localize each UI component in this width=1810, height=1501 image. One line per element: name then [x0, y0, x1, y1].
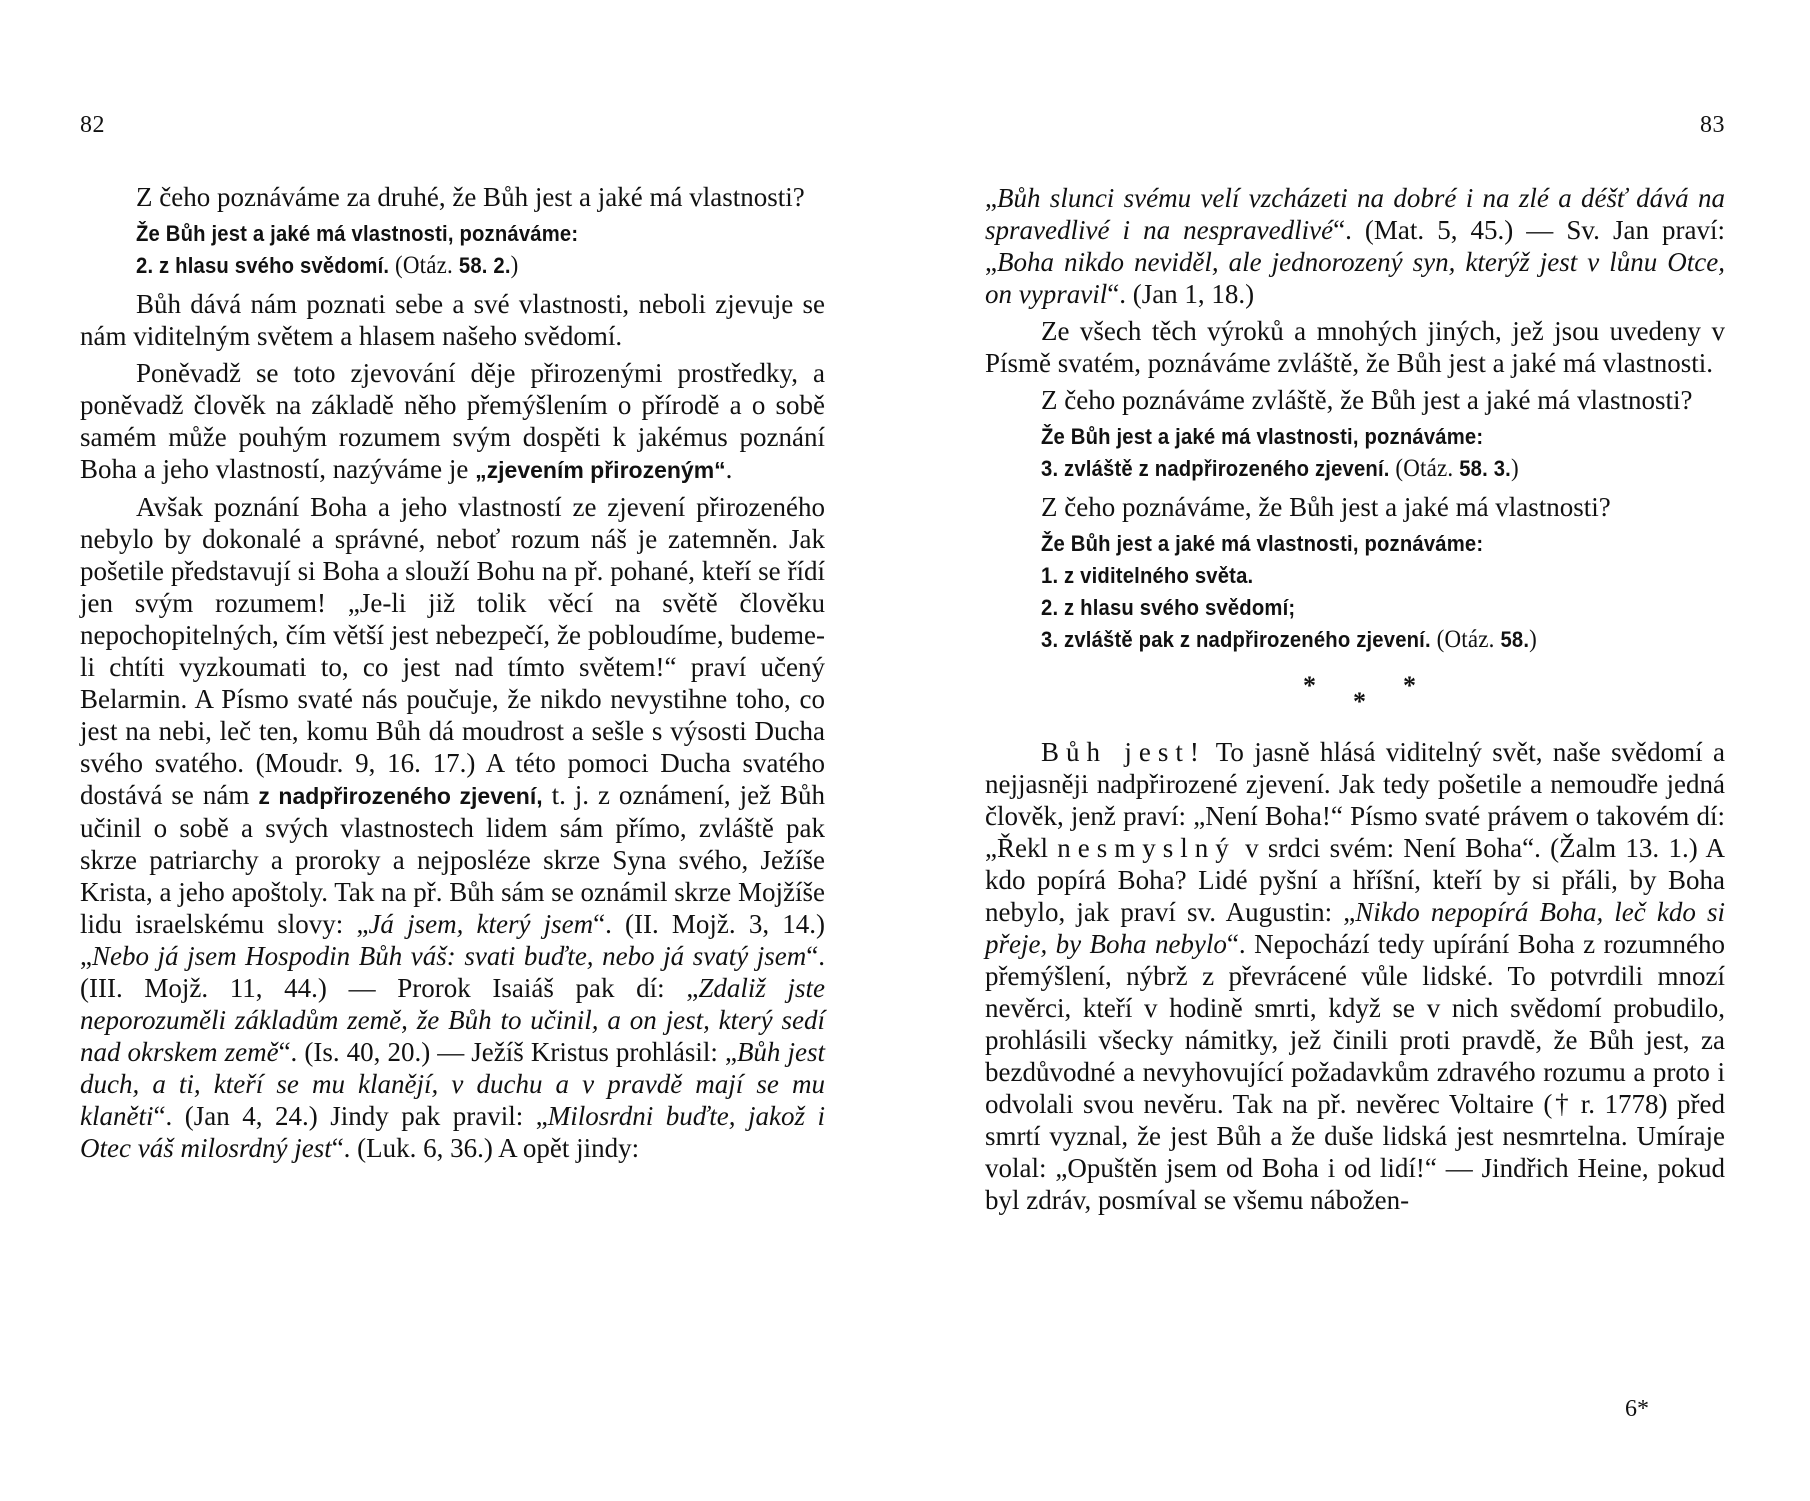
- emphasis-bold: „zjevením přirozeným“: [475, 457, 726, 483]
- paragraph: Poněvadž se toto zjevování děje přirozen…: [80, 357, 825, 486]
- answer-item-text: 3. zvláště z nadpřirozeného zjevení.: [1041, 456, 1390, 481]
- reference-suffix: ): [1529, 626, 1537, 653]
- paragraph: „Bůh slunci svému velí vzcházeti na dobr…: [985, 182, 1725, 310]
- answer-block: Že Bůh jest a jaké má vlastnosti, poznáv…: [985, 422, 1725, 483]
- emphasis-bold: z nadpřirozeného zjevení,: [258, 783, 542, 809]
- text: “. (Jan 1, 18.): [1107, 279, 1254, 309]
- page-number: 82: [80, 112, 105, 139]
- answer-item: 1. z viditelného světa.: [1041, 561, 1670, 590]
- text: Avšak poznání Boha a jeho vlastností ze …: [80, 492, 825, 810]
- quote-italic: Boha nikdo neviděl, ale jednorozený syn,…: [985, 247, 1725, 309]
- answer-title: Že Bůh jest a jaké má vlastnosti, poznáv…: [136, 219, 770, 248]
- paragraph: Bůh jest! To jasně hlásá viditelný svět,…: [985, 736, 1725, 1216]
- right-page: 83 „Bůh slunci svému velí vzcházeti na d…: [985, 0, 1725, 1501]
- answer-title: Že Bůh jest a jaké má vlastnosti, poznáv…: [1041, 529, 1670, 558]
- quote-italic: Já jsem, který jsem: [368, 909, 593, 939]
- asterisk-icon: *: [1403, 670, 1416, 702]
- answer-block: Že Bůh jest a jaké má vlastnosti, poznáv…: [80, 219, 825, 280]
- reference: (Otáz. 58.): [1437, 626, 1537, 653]
- emphasis-spaced: nesmyslný: [1057, 833, 1236, 863]
- answer-item: 2. z hlasu svého svědomí. (Otáz. 58. 2.): [136, 251, 770, 280]
- text: “. Nepochází tedy upírání Boha z rozumné…: [985, 929, 1725, 1215]
- reference-suffix: ): [1511, 455, 1519, 482]
- page-body: „Bůh slunci svému velí vzcházeti na dobr…: [985, 182, 1725, 1216]
- paragraph: Bůh dává nám poznati sebe a své vlastnos…: [80, 288, 825, 352]
- signature-mark: 6*: [1625, 1396, 1649, 1423]
- answer-block: Že Bůh jest a jaké má vlastnosti, poznáv…: [985, 529, 1725, 654]
- paragraph: Ze všech těch výroků a mnohých jiných, j…: [985, 315, 1725, 379]
- answer-item: 3. zvláště pak z nadpřirozeného zjevení.…: [1041, 625, 1670, 654]
- reference-suffix: ): [511, 252, 519, 279]
- answer-item: 3. zvláště z nadpřirozeného zjevení. (Ot…: [1041, 454, 1670, 483]
- emphasis-spaced: Bůh jest!: [1041, 737, 1206, 767]
- reference-number: 58. 2.: [459, 253, 511, 278]
- reference: (Otáz. 58. 3.): [1395, 455, 1518, 482]
- text: “. (Jan 4, 24.) Jindy pak pravil: „: [153, 1101, 547, 1131]
- answer-item-text: 3. zvláště pak z nadpřirozeného zjevení.: [1041, 627, 1431, 652]
- reference-number: 58.: [1500, 627, 1529, 652]
- asterisk-icon: *: [1353, 686, 1366, 718]
- answer-item-text: 2. z hlasu svého svědomí.: [136, 253, 389, 278]
- paragraph: Avšak poznání Boha a jeho vlastností ze …: [80, 491, 825, 1164]
- text: “. (Luk. 6, 36.) A opět jindy:: [332, 1133, 639, 1163]
- quote-italic: Nebo já jsem Hospodin Bůh váš: svati buď…: [92, 941, 806, 971]
- question: Z čeho poznáváme za druhé, že Bůh jest a…: [80, 181, 825, 213]
- reference-prefix: (Otáz.: [395, 252, 453, 279]
- answer-title: Že Bůh jest a jaké má vlastnosti, poznáv…: [1041, 422, 1670, 451]
- text: „: [985, 183, 997, 213]
- reference: (Otáz. 58. 2.): [395, 252, 518, 279]
- text: “. (Is. 40, 20.) — Ježíš Kristus prohlás…: [279, 1037, 737, 1067]
- question: Z čeho poznáváme zvláště, že Bůh jest a …: [985, 384, 1725, 416]
- reference-prefix: (Otáz.: [1437, 626, 1495, 653]
- section-divider: * * *: [985, 662, 1725, 728]
- asterisk-icon: *: [1303, 670, 1316, 702]
- reference-prefix: (Otáz.: [1395, 455, 1453, 482]
- left-page: 82 Z čeho poznáváme za druhé, že Bůh jes…: [80, 0, 825, 1501]
- text: .: [726, 454, 733, 484]
- page-number: 83: [1700, 112, 1725, 139]
- page-body: Z čeho poznáváme za druhé, že Bůh jest a…: [80, 181, 825, 1164]
- question: Z čeho poznáváme, že Bůh jest a jaké má …: [985, 491, 1725, 523]
- reference-number: 58. 3.: [1459, 456, 1511, 481]
- answer-item: 2. z hlasu svého svědomí;: [1041, 593, 1670, 622]
